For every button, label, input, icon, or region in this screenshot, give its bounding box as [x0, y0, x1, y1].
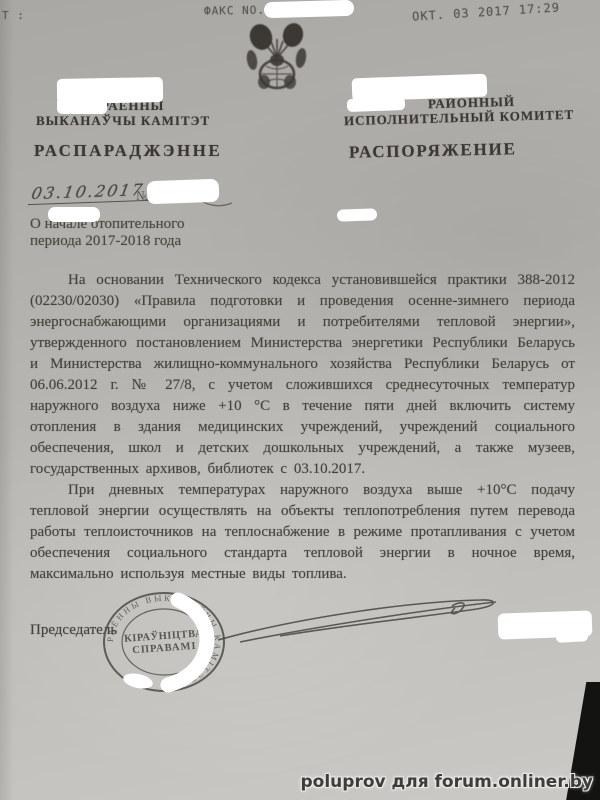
redaction-fax-number: [264, 0, 354, 18]
org-name-by-line2: ВЫКАНАЎЧЫ КАМІТЭТ: [36, 113, 210, 129]
handwritten-signature: [200, 590, 520, 652]
redaction-doc-number: [147, 179, 220, 204]
redaction-under-date: [48, 207, 100, 222]
redaction-mid-right: [337, 208, 377, 221]
body-paragraph-1: На основании Технического кодекса устано…: [30, 270, 575, 480]
fax-from-fragment: Т :: [2, 9, 25, 22]
fax-datetime: ОКТ. 03 2017 17:29: [412, 0, 561, 23]
redaction-signatory-name-tail: [556, 631, 588, 643]
handwritten-date: 03.10.2017: [28, 180, 152, 205]
coat-of-arms: [238, 20, 316, 100]
redaction-org-left-b: [57, 97, 107, 114]
doc-type-by: РАСПАРАДЖЭННЕ: [34, 141, 222, 161]
doc-type-ru: РАСПОРЯЖЕНИЕ: [349, 139, 517, 163]
photographed-document: Т : ФАКС NO. : ОКТ. 03 2017 17:29 РАЁННЫ…: [0, 0, 600, 800]
redaction-org-right-b: [347, 97, 405, 112]
body-paragraph-2: При дневных температурах наружного возду…: [30, 480, 575, 585]
document-body: На основании Технического кодекса устано…: [30, 270, 575, 585]
forum-watermark: poluprov для forum.onliner.by: [301, 772, 594, 792]
redaction-stamp-blob: [122, 671, 154, 691]
subject-line2: периода 2017-2018 года: [30, 233, 184, 250]
